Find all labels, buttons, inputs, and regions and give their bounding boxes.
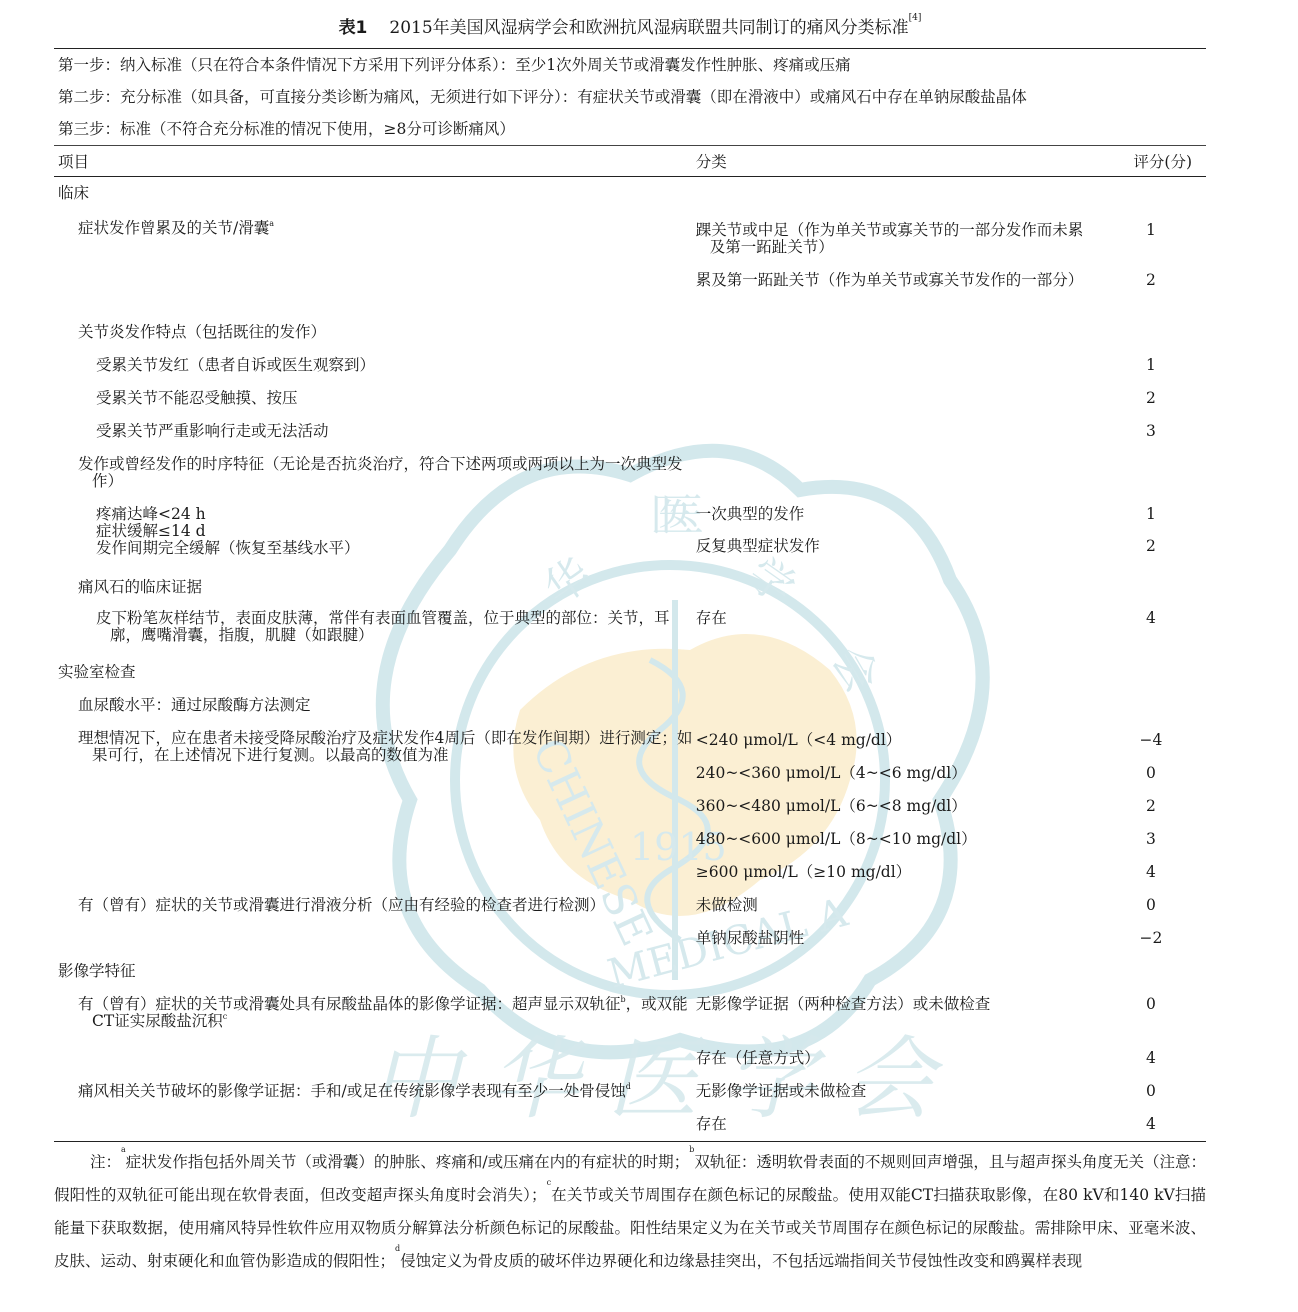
score-cell: 0 [1096, 757, 1206, 790]
row-arthritis-features: 关节炎发作特点（包括既往的发作） [54, 316, 1206, 349]
footnote-d-mark: d [626, 1082, 631, 1091]
score-cell: 2 [1096, 790, 1206, 823]
row-tophus: 痛风石的临床证据 [54, 565, 1206, 604]
score-cell: 0 [1096, 988, 1206, 1042]
item-cell: 痛风相关关节破坏的影像学证据：手和/或足在传统影像学表现有至少一处骨侵蚀d [54, 1075, 696, 1142]
score-cell: 2 [1096, 382, 1206, 415]
score-cell: 4 [1096, 604, 1206, 656]
score-cell: 0 [1096, 1075, 1206, 1108]
criteria-table: 项目 分类 评分(分) 临床 症状发作曾累及的关节/滑囊a 踝关节或中足（作为单… [54, 145, 1206, 1142]
table-row: 疼痛达峰<24 h 症状缓解≤14 d 发作间期完全缓解（恢复至基线水平） 一次… [54, 500, 1206, 538]
table-row: 症状发作曾累及的关节/滑囊a 踝关节或中足（作为单关节或寡关节的一部分发作而未累… [54, 210, 1206, 262]
score-cell: 3 [1096, 823, 1206, 856]
footnote-a-mark: a [269, 219, 274, 228]
table-row: 受累关节发红（患者自诉或医生观察到） 1 [54, 349, 1206, 382]
header-category: 分类 [696, 146, 1096, 177]
item-cell: 受累关节发红（患者自诉或医生观察到） [54, 349, 696, 382]
row-joint-involved-label: 症状发作曾累及的关节/滑囊a [54, 210, 696, 316]
category-cell: 存在 [696, 1108, 1096, 1142]
row-time-course: 发作或曾经发作的时序特征（无论是否抗炎治疗，符合下述两项或两项以上为一次典型发作… [54, 448, 1206, 500]
score-cell: 2 [1096, 538, 1206, 565]
category-cell: 未做检测 [696, 889, 1096, 922]
table-row: 痛风相关关节破坏的影像学证据：手和/或足在传统影像学表现有至少一处骨侵蚀d 无影… [54, 1075, 1206, 1108]
item-cell: 受累关节严重影响行走或无法活动 [54, 415, 696, 448]
score-cell: 1 [1096, 210, 1206, 262]
header-item: 项目 [54, 146, 696, 177]
reference-citation[interactable]: [4] [909, 13, 922, 23]
table-row: 受累关节不能忍受触摸、按压 2 [54, 382, 1206, 415]
category-cell: 一次典型的发作 [696, 500, 1096, 538]
category-cell: 反复典型症状发作 [696, 538, 1096, 565]
score-cell: 2 [1096, 262, 1206, 316]
score-cell: 0 [1096, 889, 1206, 922]
table-row: 理想情况下，应在患者未接受降尿酸治疗及症状发作4周后（即在发作间期）进行测定；如… [54, 722, 1206, 757]
category-cell: ≥600 μmol/L（≥10 mg/dl） [696, 856, 1096, 889]
category-cell: 无影像学证据或未做检查 [696, 1075, 1096, 1108]
table-row: 发作或曾经发作的时序特征（无论是否抗炎治疗，符合下述两项或两项以上为一次典型发作… [54, 448, 1206, 500]
score-cell: −4 [1096, 722, 1206, 757]
footnote-c-mark: c [223, 1012, 227, 1021]
category-cell: 累及第一跖趾关节（作为单关节或寡关节发作的一部分） [696, 262, 1096, 316]
score-cell: 4 [1096, 856, 1206, 889]
header-score: 评分(分) [1096, 146, 1206, 177]
table-number: 表1 [339, 18, 368, 38]
table-row: 血尿酸水平：通过尿酸酶方法测定 [54, 689, 1206, 722]
table-row: 关节炎发作特点（包括既往的发作） [54, 316, 1206, 349]
table-title: 表12015年美国风湿病学会和欧洲抗风湿病联盟共同制订的痛风分类标准[4] [54, 0, 1206, 42]
step-2-sufficient: 第二步：充分标准（如具备，可直接分类诊断为痛风，无须进行如下评分）：有症状关节或… [54, 81, 1206, 113]
item-cell: 皮下粉笔灰样结节，表面皮肤薄，常伴有表面血管覆盖，位于典型的部位：关节，耳廓，鹰… [54, 604, 696, 656]
score-cell: 1 [1096, 349, 1206, 382]
table-container: 表12015年美国风湿病学会和欧洲抗风湿病联盟共同制订的痛风分类标准[4] 第一… [54, 0, 1206, 1278]
step-1-inclusion: 第一步：纳入标准（只在符合本条件情况下方采用下列评分体系）：至少1次外周关节或滑… [54, 49, 1206, 81]
table-title-text: 2015年美国风湿病学会和欧洲抗风湿病联盟共同制订的痛风分类标准 [389, 18, 908, 38]
table-notes: 注：a症状发作指包括外周关节（或滑囊）的肿胀、疼痛和/或压痛在内的有症状的时期；… [54, 1142, 1206, 1278]
table-row: 痛风石的临床证据 [54, 565, 1206, 604]
category-cell: 480~<600 μmol/L（8~<10 mg/dl） [696, 823, 1096, 856]
table-row: 有（曾有）症状的关节或滑囊处具有尿酸盐晶体的影像学证据：超声显示双轨征b，或双能… [54, 988, 1206, 1042]
item-cell: 受累关节不能忍受触摸、按压 [54, 382, 696, 415]
score-cell: 3 [1096, 415, 1206, 448]
section-clinical: 临床 [54, 177, 1206, 211]
item-cell: 理想情况下，应在患者未接受降尿酸治疗及症状发作4周后（即在发作间期）进行测定；如… [54, 722, 696, 889]
category-cell: 360~<480 μmol/L（6~<8 mg/dl） [696, 790, 1096, 823]
score-cell: −2 [1096, 922, 1206, 955]
item-cell: 有（曾有）症状的关节或滑囊处具有尿酸盐晶体的影像学证据：超声显示双轨征b，或双能… [54, 988, 696, 1075]
category-cell: 存在（任意方式） [696, 1042, 1096, 1075]
section-imaging: 影像学特征 [54, 955, 1206, 988]
category-cell: 存在 [696, 604, 1096, 656]
table-row: 受累关节严重影响行走或无法活动 3 [54, 415, 1206, 448]
score-cell: 4 [1096, 1042, 1206, 1075]
category-cell: 240~<360 μmol/L（4~<6 mg/dl） [696, 757, 1096, 790]
step-3-criteria: 第三步：标准（不符合充分标准的情况下使用，≥8分可诊断痛风） [54, 113, 1206, 145]
table-row: 皮下粉笔灰样结节，表面皮肤薄，常伴有表面血管覆盖，位于典型的部位：关节，耳廓，鹰… [54, 604, 1206, 656]
category-cell: 单钠尿酸盐阴性 [696, 922, 1096, 955]
score-cell: 4 [1096, 1108, 1206, 1142]
section-lab: 实验室检查 [54, 656, 1206, 689]
category-cell: 无影像学证据（两种检查方法）或未做检查 [696, 988, 1096, 1042]
category-cell: <240 μmol/L（<4 mg/dl） [696, 722, 1096, 757]
table-row: 有（曾有）症状的关节或滑囊进行滑液分析（应由有经验的检查者进行检测） 未做检测 … [54, 889, 1206, 922]
item-cell: 有（曾有）症状的关节或滑囊进行滑液分析（应由有经验的检查者进行检测） [54, 889, 696, 955]
row-serum-urate: 血尿酸水平：通过尿酸酶方法测定 [54, 689, 1206, 722]
category-cell: 踝关节或中足（作为单关节或寡关节的一部分发作而未累及第一跖趾关节） [696, 210, 1096, 262]
score-cell: 1 [1096, 500, 1206, 538]
time-course-criteria: 疼痛达峰<24 h 症状缓解≤14 d 发作间期完全缓解（恢复至基线水平） [54, 500, 696, 565]
